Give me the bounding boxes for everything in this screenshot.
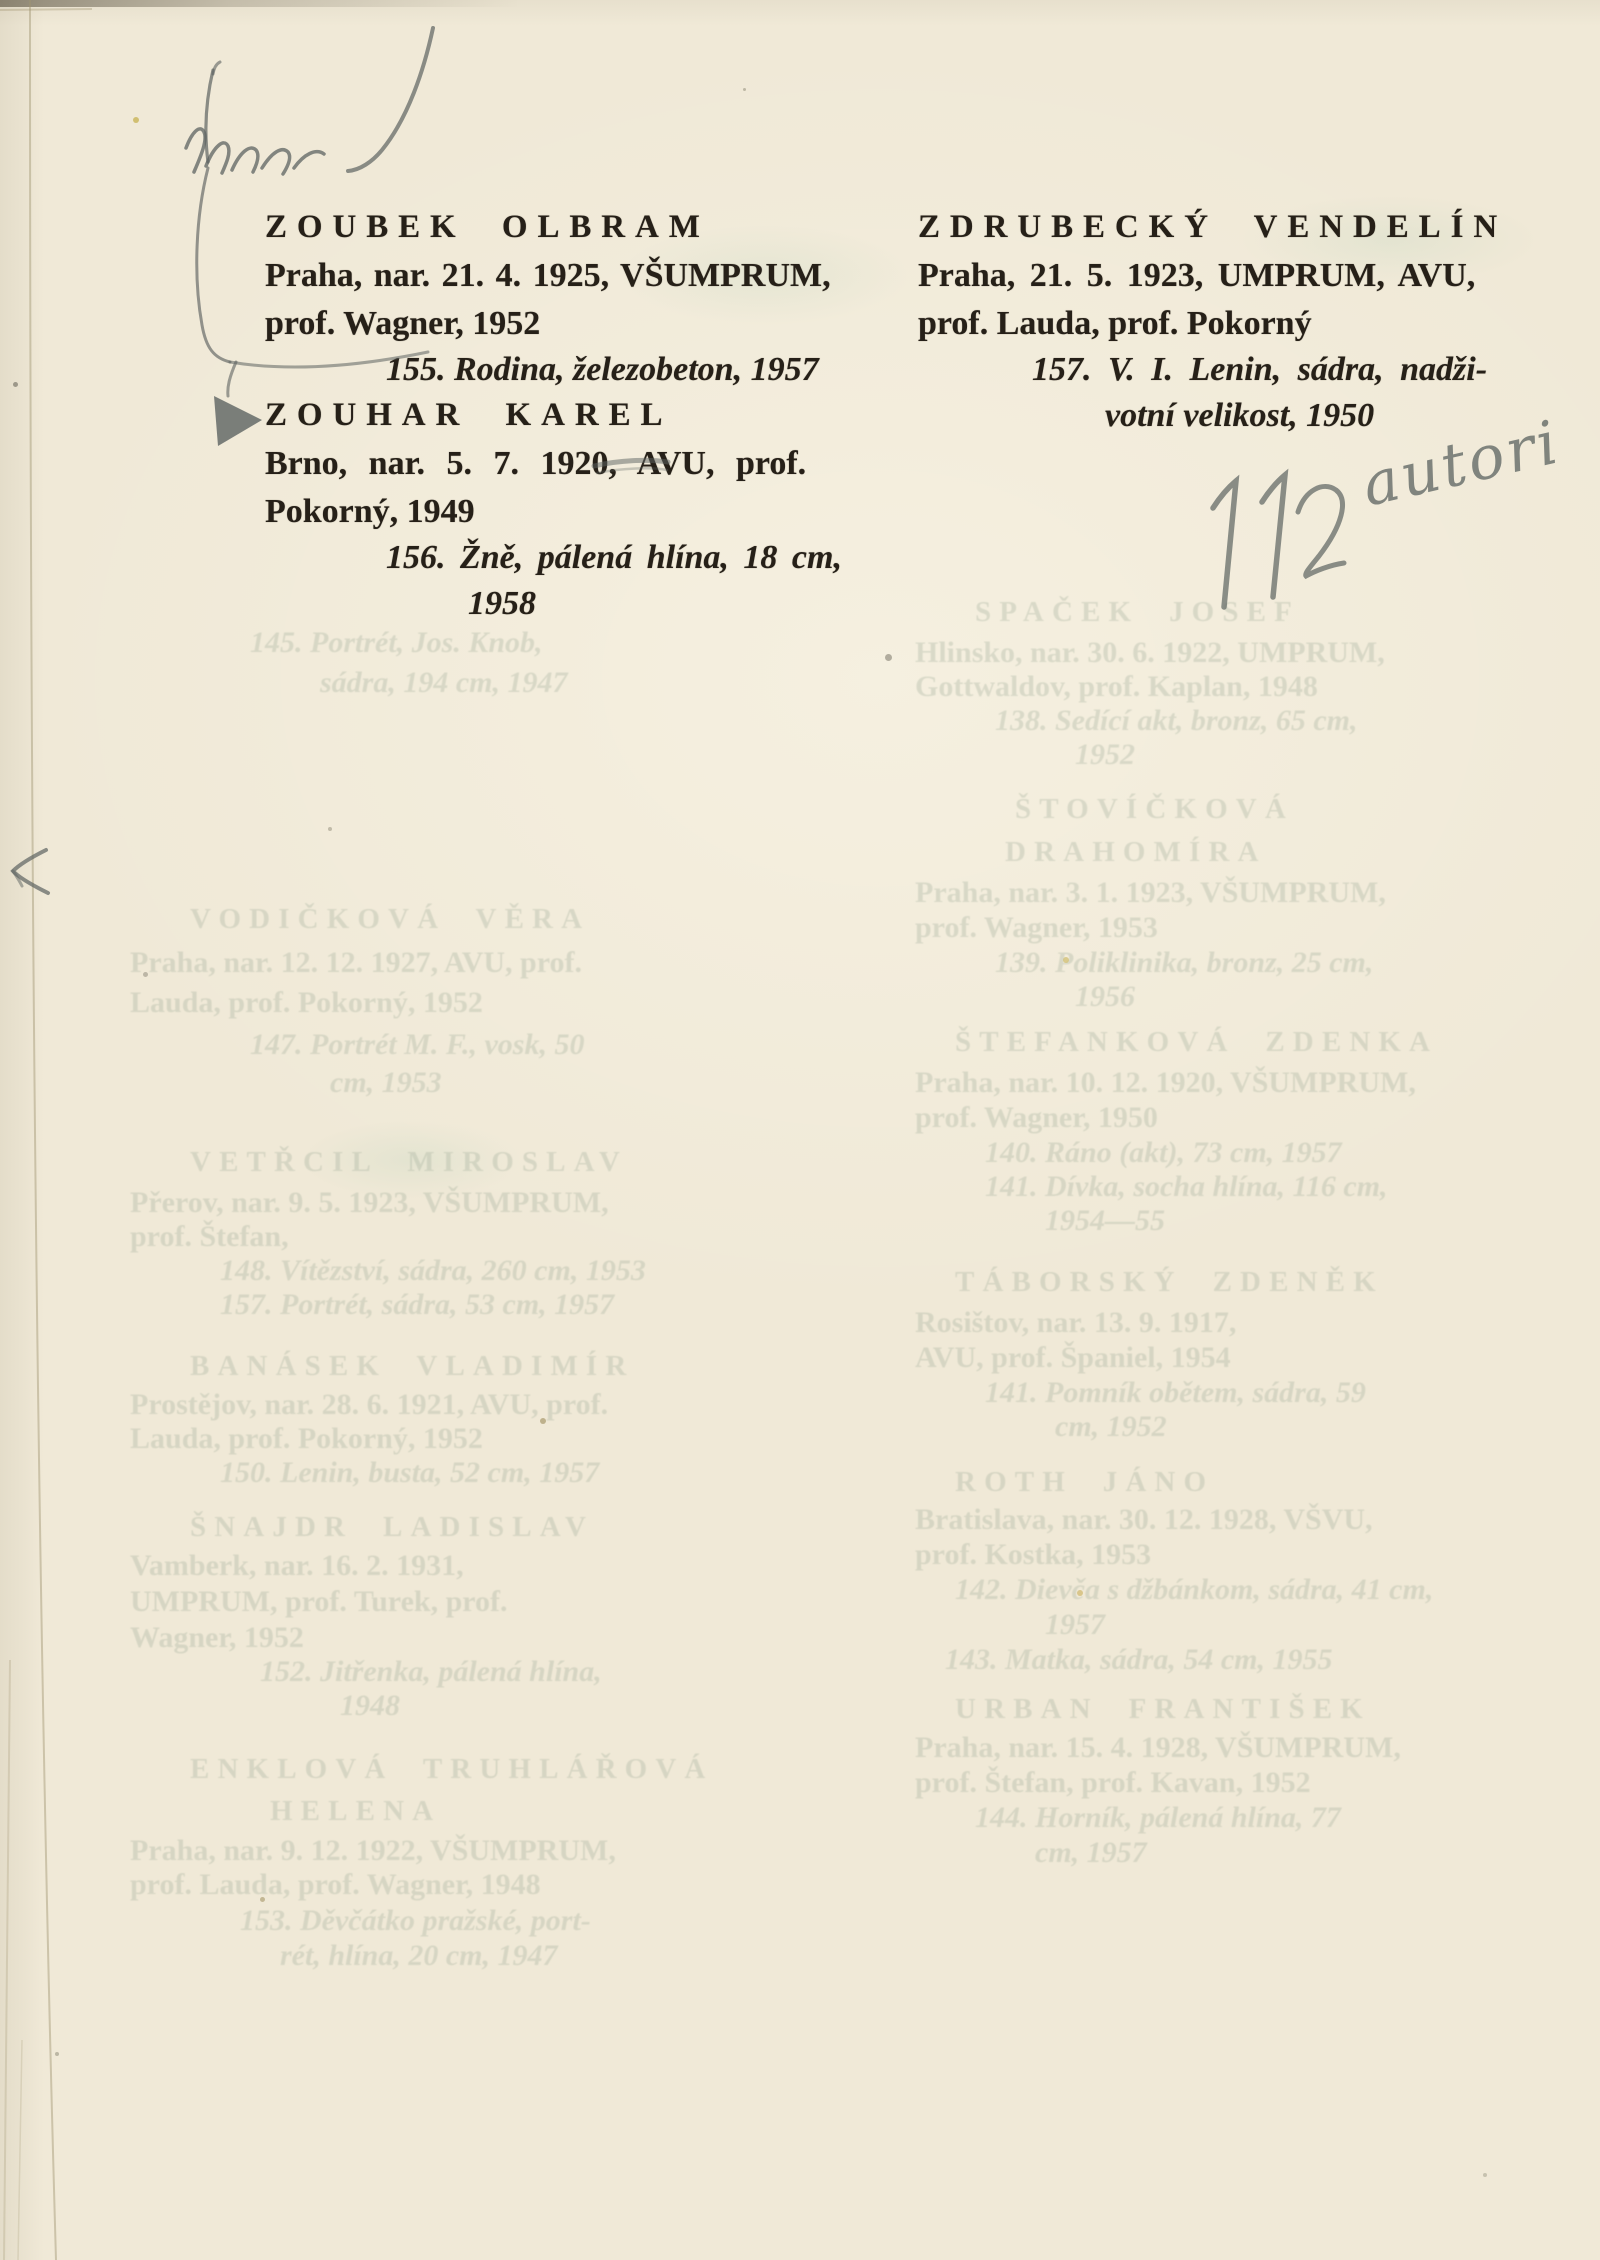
handwritten-word: autori xyxy=(1356,407,1567,520)
pencil-check-mark xyxy=(13,850,48,893)
pencil-arrowhead xyxy=(214,396,262,446)
page-crease-lines xyxy=(0,0,92,2260)
pencil-scribble-annotation xyxy=(186,28,433,446)
scanned-catalogue-page: 145. Portrét, Jos. Knob,sádra, 194 cm, 1… xyxy=(0,0,1600,2260)
handwritten-112 xyxy=(1213,475,1344,607)
pencil-annotation-overlay: autori xyxy=(0,0,1600,2260)
pencil-dash-annotation xyxy=(594,460,668,473)
handwritten-count-note: autori xyxy=(1213,407,1567,607)
